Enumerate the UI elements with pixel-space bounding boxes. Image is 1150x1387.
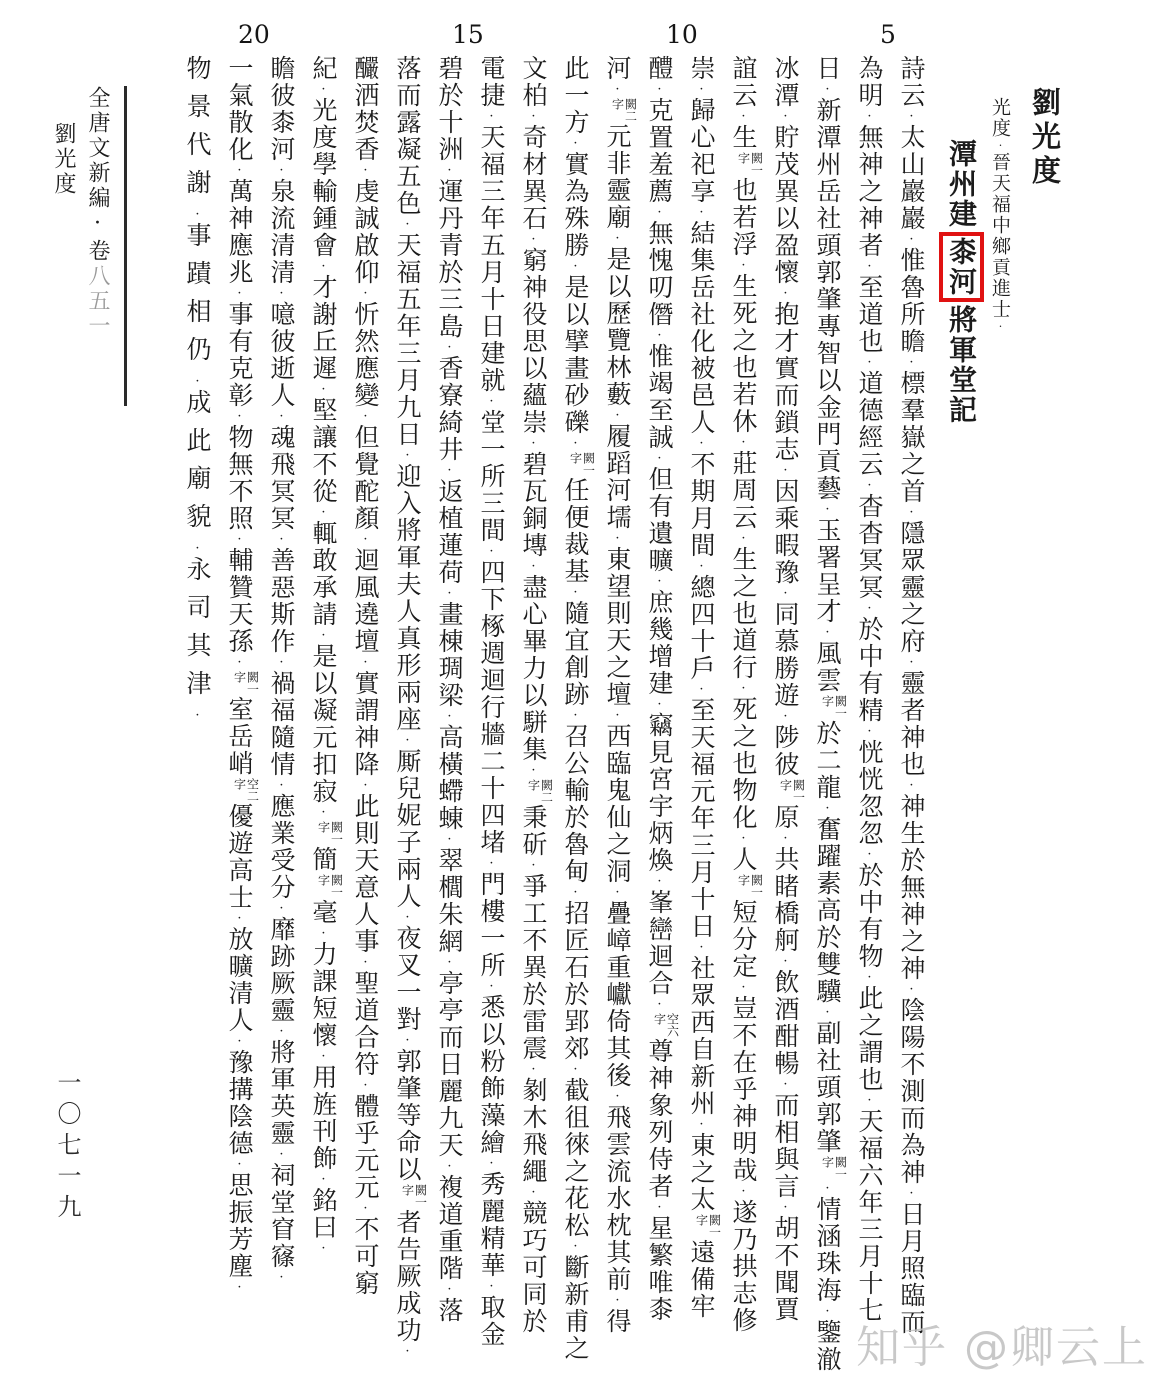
reading-dot: ·	[736, 109, 751, 124]
reading-dot: ·	[274, 1147, 289, 1162]
scanned-book-page: 20 15 10 5 全唐文新編·卷八五一劉光度 一〇七一九 劉光度 光度·晉天…	[0, 0, 1150, 1387]
reading-dot: ·	[316, 259, 331, 274]
reading-dot: ·	[316, 82, 331, 97]
reading-dot: ·	[232, 1157, 247, 1172]
column-marker-10: 10	[666, 20, 698, 49]
reading-dot: ·	[442, 340, 457, 355]
lacuna-note: 闕二字	[527, 779, 553, 803]
column-marker-15: 15	[452, 20, 484, 49]
reading-dot: ·	[862, 601, 877, 616]
reading-dot: ·	[820, 1181, 835, 1196]
text-column-3: 日·新潭州岳社頭郭肇專智以金門貢藝·玉署呈才·風雲闕一字於二龍·奮躍素高於雙驥·…	[806, 55, 848, 1387]
reading-dot: ·	[526, 763, 541, 778]
reading-dot: ·	[610, 408, 625, 423]
reading-dot: ·	[358, 655, 373, 670]
lacuna-note: 闕一字	[569, 452, 595, 476]
reading-dot: ·	[316, 382, 331, 397]
reading-dot: ·	[358, 1078, 373, 1093]
lacuna-note: 闕一字	[695, 1214, 721, 1238]
reading-dot: ·	[190, 708, 205, 723]
reading-dot: ·	[820, 801, 835, 816]
reading-dot: ·	[694, 940, 709, 955]
reading-dot: ·	[862, 478, 877, 493]
red-highlight-box: 桼河	[939, 232, 984, 302]
reading-dot: ·	[484, 1156, 499, 1171]
reading-dot: ·	[862, 970, 877, 985]
reading-dot: ·	[736, 258, 751, 273]
lacuna-note: 闕一字	[821, 1156, 847, 1180]
reading-dot: ·	[778, 286, 793, 301]
reading-dot: ·	[274, 163, 289, 178]
reading-dot: ·	[232, 532, 247, 547]
reading-dot: ·	[610, 1089, 625, 1104]
reading-dot: ·	[610, 885, 625, 900]
spine-label: 全唐文新編·卷八五一劉光度	[46, 86, 127, 406]
reading-dot: ·	[232, 1034, 247, 1049]
lacuna-note: 空六字	[653, 1013, 679, 1037]
reading-dot: ·	[400, 217, 415, 232]
reading-dot: ·	[736, 980, 751, 995]
reading-dot: ·	[442, 463, 457, 478]
reading-dot: ·	[778, 831, 793, 846]
spine-volume: 八五一	[85, 264, 110, 339]
lacuna-note: 闕一字	[317, 821, 343, 845]
reading-dot: ·	[610, 531, 625, 546]
reading-dot: ·	[274, 901, 289, 916]
reading-dot: ·	[526, 559, 541, 574]
folio-number: 一〇七一九	[50, 1070, 85, 1225]
reading-dot: ·	[484, 394, 499, 409]
reading-dot: ·	[400, 448, 415, 463]
reading-dot: ·	[652, 997, 667, 1012]
reading-dot: ·	[316, 1241, 331, 1256]
reading-dot: ·	[610, 1293, 625, 1308]
reading-dot: ·	[442, 1282, 457, 1297]
text-column-10: 文柏·奇材異石·窮神役思以蘊崇·碧瓦銅塼·盡心畢力以駢集·闕二字秉斫·爭工不異於…	[512, 55, 554, 1387]
reading-dot: ·	[820, 1005, 835, 1020]
reading-dot: ·	[820, 82, 835, 97]
text-column-15: 紀·光度學輸鍾會·才謝丘遲·堅讓不從·輒敢承請·是以凝元扣寂·闕一字簡闕一字毫·…	[302, 55, 344, 1387]
text-column-7: 醴·克置羞薦·無愧叨僭·惟竭至誠·但有遺曠·庶幾增建·竊見宮宇炳煥·峯巒迴合·空…	[638, 55, 680, 1387]
reading-dot: ·	[568, 885, 583, 900]
text-column-18: 物景代謝·事蹟相仍·成此廟貌·永司其津·	[176, 55, 218, 1387]
text-column-2: 為明·無神之神者·至道也·道德經云·杳杳冥冥·於中有精·恍恍忽忽·於中有物·此之…	[848, 55, 890, 1387]
reading-dot: ·	[526, 109, 541, 124]
text-column-8: 河·闕二字元非靈廟·是以歷覽林藪·履蹈河壖·東望則天之壇·西臨鬼仙之洞·疊嶂重巘…	[596, 55, 638, 1387]
reading-dot: ·	[526, 1185, 541, 1200]
lacuna-note: 闕一字	[737, 152, 763, 176]
reading-dot: ·	[568, 1239, 583, 1254]
reading-dot: ·	[904, 982, 919, 997]
reading-dot: ·	[316, 926, 331, 941]
reading-dot: ·	[358, 778, 373, 793]
reading-dot: ·	[610, 708, 625, 723]
author-byline: 光度·晉天福中鄉貢進士·	[982, 55, 1018, 1387]
text-column-1: 詩云·太山巖巖·惟魯所瞻·標羣嶽之首·隱眾靈之府·靈者神也·神生於無神之神·陰陽…	[890, 55, 932, 1387]
reading-dot: ·	[484, 544, 499, 559]
reading-dot: ·	[484, 979, 499, 994]
reading-dot: ·	[694, 82, 709, 97]
text-column-14: 釅洒焚香·虔誠啟仰·忻然應變·但覺酡顏·迴風遶壇·實謂神降·此則天意人事·聖道合…	[344, 55, 386, 1387]
reading-dot: ·	[904, 109, 919, 124]
reading-dot: ·	[694, 559, 709, 574]
text-column-4: 冰潭·貯茂異以盈懷·抱才實而鎖志·因乘暇豫·同慕勝遊·陟彼闕一字原·共睹橋舸·飲…	[764, 55, 806, 1387]
lacuna-note: 闕一字	[821, 695, 847, 719]
reading-dot: ·	[442, 163, 457, 178]
reading-dot: ·	[862, 847, 877, 862]
text-column-16: 瞻彼桼河·泉流清清·噫彼逝人·魂飛冥冥·善惡斯作·禍福隨情·應業受分·靡跡厥靈·…	[260, 55, 302, 1387]
lacuna-note: 闕二字	[611, 98, 637, 122]
reading-dot: ·	[862, 109, 877, 124]
text-column-17: 一氣散化·萬神應兆·事有克彰·物無不照·輔贊天孫·闕一字室岳峭空二字優遊高士·放…	[218, 55, 260, 1387]
reading-dot: ·	[442, 586, 457, 601]
reading-dot: ·	[568, 1062, 583, 1077]
reading-dot: ·	[400, 1033, 415, 1048]
reading-dot: ·	[568, 708, 583, 723]
reading-dot: ·	[232, 1280, 247, 1295]
reading-dot: ·	[358, 409, 373, 424]
reading-dot: ·	[358, 955, 373, 970]
reading-dot: ·	[232, 409, 247, 424]
reading-dot: ·	[694, 205, 709, 220]
reading-dot: ·	[316, 628, 331, 643]
reading-dot: ·	[778, 1077, 793, 1092]
reading-dot: ·	[862, 1093, 877, 1108]
reading-dot: ·	[316, 505, 331, 520]
text-column-6: 崇·歸心祀享·結集岳社化被邑人·不期月間·總四十戶·至天福元年三月十日·社眾西自…	[680, 55, 722, 1387]
reading-dot: ·	[994, 320, 1007, 333]
reading-dot: ·	[820, 502, 835, 517]
reading-dot: ·	[994, 139, 1007, 152]
column-marker-20: 20	[238, 20, 270, 49]
reading-dot: ·	[820, 1304, 835, 1319]
text-column-5: 誼云·生闕一字也若浮·生死之也若休·莊周云·生之也道行·死之也物化·人闕一字短分…	[722, 55, 764, 1387]
reading-dot: ·	[190, 207, 205, 222]
reading-dot: ·	[652, 328, 667, 343]
reading-dot: ·	[610, 231, 625, 246]
spine-author: 劉光度	[46, 122, 80, 197]
reading-dot: ·	[652, 82, 667, 97]
reading-dot: ·	[568, 436, 583, 451]
reading-dot: ·	[904, 232, 919, 247]
lacuna-note: 闕一字	[233, 671, 259, 695]
lacuna-note: 闕一字	[779, 779, 805, 803]
reading-dot: ·	[778, 954, 793, 969]
reading-dot: ·	[694, 682, 709, 697]
reading-dot: ·	[442, 832, 457, 847]
reading-dot: ·	[652, 1200, 667, 1215]
reading-dot: ·	[442, 709, 457, 724]
reading-dot: ·	[526, 1062, 541, 1077]
reading-dot: ·	[400, 733, 415, 748]
reading-dot: ·	[904, 355, 919, 370]
watermark: 知乎 @卿云上	[856, 1311, 1148, 1375]
reading-dot: ·	[316, 805, 331, 820]
reading-dot: ·	[274, 286, 289, 301]
reading-dot: ·	[484, 1279, 499, 1294]
lacuna-note: 闕一字	[737, 874, 763, 898]
reading-dot: ·	[652, 874, 667, 889]
reading-dot: ·	[232, 286, 247, 301]
reading-dot: ·	[862, 724, 877, 739]
reading-dot: ·	[568, 136, 583, 151]
text-column-9: 此一方·實為殊勝·是以擘畫砂礫·闕一字任便裁基·隨宜創跡·召公輸於魯甸·招匠石於…	[554, 55, 596, 1387]
reading-dot: ·	[316, 1049, 331, 1064]
reading-dot: ·	[232, 655, 247, 670]
reading-dot: ·	[652, 697, 667, 712]
reading-dot: ·	[736, 1184, 751, 1199]
reading-dot: ·	[736, 681, 751, 696]
reading-dot: ·	[778, 109, 793, 124]
reading-dot: ·	[400, 1344, 415, 1359]
reading-dot: ·	[316, 1172, 331, 1187]
reading-dot: ·	[862, 259, 877, 274]
reading-dot: ·	[190, 374, 205, 389]
author-heading: 劉光度	[1018, 55, 1066, 1387]
reading-dot: ·	[358, 286, 373, 301]
reading-dot: ·	[442, 1159, 457, 1174]
reading-dot: ·	[820, 625, 835, 640]
reading-dot: ·	[274, 1270, 289, 1285]
reading-dot: ·	[610, 82, 625, 97]
reading-dot: ·	[274, 778, 289, 793]
text-column-13: 落而露凝五色·天福五年三月九日·迎入將軍夫人真形兩座·厮兒妮子兩人·夜叉一對·郭…	[386, 55, 428, 1387]
reading-dot: ·	[778, 586, 793, 601]
reading-dot: ·	[652, 205, 667, 220]
reading-dot: ·	[358, 163, 373, 178]
reading-dot: ·	[778, 709, 793, 724]
reading-dot: ·	[274, 655, 289, 670]
reading-dot: ·	[190, 541, 205, 556]
reading-dot: ·	[568, 259, 583, 274]
spine-series: 全唐文新編·卷	[85, 86, 110, 264]
text-column-12: 碧於十洲·運丹青於三島·香寮綺井·返植蓮荷·畫棟琱梁·高橫螮蝀·翠櫚朱網·亭亭而…	[428, 55, 470, 1387]
reading-dot: ·	[526, 858, 541, 873]
reading-dot: ·	[904, 505, 919, 520]
reading-dot: ·	[358, 532, 373, 547]
reading-dot: ·	[358, 1201, 373, 1216]
lacuna-note: 空二字	[233, 778, 259, 802]
reading-dot: ·	[568, 585, 583, 600]
reading-dot: ·	[442, 955, 457, 970]
reading-dot: ·	[904, 655, 919, 670]
reading-dot: ·	[484, 109, 499, 124]
reading-dot: ·	[778, 463, 793, 478]
reading-dot: ·	[484, 856, 499, 871]
reading-dot: ·	[232, 163, 247, 178]
reading-dot: ·	[694, 1117, 709, 1132]
reading-dot: ·	[736, 435, 751, 450]
reading-dot: ·	[400, 910, 415, 925]
reading-dot: ·	[526, 436, 541, 451]
reading-dot: ·	[652, 451, 667, 466]
lacuna-note: 闕一字	[317, 874, 343, 898]
reading-dot: ·	[904, 1186, 919, 1201]
text-block: 劉光度 光度·晉天福中鄉貢進士· 潭州建桼河將軍堂記 詩云·太山巖巖·惟魯所瞻·…	[176, 55, 1066, 1387]
reading-dot: ·	[736, 831, 751, 846]
reading-dot: ·	[778, 1200, 793, 1215]
reading-dot: ·	[274, 409, 289, 424]
reading-dot: ·	[904, 778, 919, 793]
reading-dot: ·	[274, 1024, 289, 1039]
reading-dot: ·	[232, 911, 247, 926]
article-title: 潭州建桼河將軍堂記	[932, 55, 982, 1387]
column-marker-5: 5	[880, 20, 896, 49]
reading-dot: ·	[736, 531, 751, 546]
reading-dot: ·	[652, 574, 667, 589]
reading-dot: ·	[862, 355, 877, 370]
reading-dot: ·	[274, 532, 289, 547]
lacuna-note: 闕一字	[401, 1184, 427, 1208]
reading-dot: ·	[526, 232, 541, 247]
reading-dot: ·	[694, 436, 709, 451]
text-column-11: 電捷·天福三年五月十日建就·堂一所三間·四下椓週迴行牆二十四堵·門樓一所·悉以粉…	[470, 55, 512, 1387]
